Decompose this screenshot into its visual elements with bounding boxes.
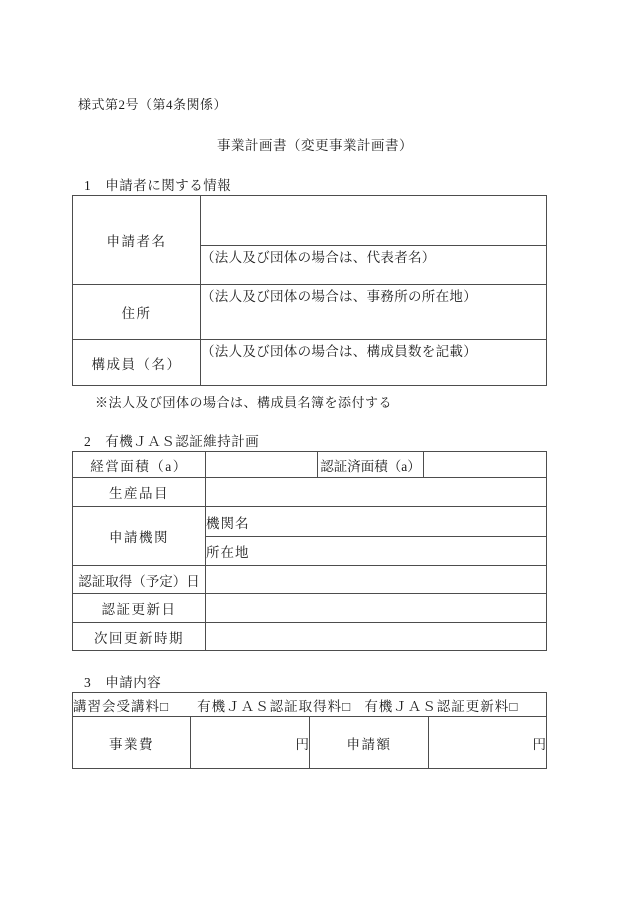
request-amount-label: 申請額 — [310, 717, 429, 769]
certification-body-label: 申請機関 — [73, 507, 206, 566]
members-label: 構成員（名） — [73, 340, 201, 386]
next-renewal-field[interactable] — [206, 623, 547, 651]
management-area-field[interactable] — [206, 452, 318, 478]
applicant-name-label: 申請者名 — [73, 196, 201, 285]
project-cost-label: 事業費 — [73, 717, 191, 769]
representative-name-field[interactable]: （法人及び団体の場合は、代表者名） — [201, 246, 547, 285]
attachment-note: ※法人及び団体の場合は、構成員名簿を添付する — [95, 392, 392, 411]
certification-date-label: 認証取得（予定）日 — [73, 566, 206, 594]
acquisition-fee-checkbox[interactable]: □ — [342, 699, 351, 714]
applicant-info-table: 申請者名 （法人及び団体の場合は、代表者名） 住所 （法人及び団体の場合は、事務… — [72, 195, 547, 386]
certification-body-location-field[interactable]: 所在地 — [206, 537, 547, 566]
management-area-label: 経営面積（a） — [73, 452, 206, 478]
next-renewal-label: 次回更新時期 — [73, 623, 206, 651]
acquisition-fee-label: 有機ＪＡＳ認証取得料 — [197, 699, 342, 714]
fee-options-row: 講習会受講料□有機ＪＡＳ認証取得料□有機ＪＡＳ認証更新料□ — [73, 693, 547, 717]
request-amount-unit: 円 — [533, 737, 547, 752]
project-cost-unit: 円 — [296, 737, 310, 752]
project-cost-field[interactable]: 円 — [191, 717, 310, 769]
fee-option-course: 講習会受講料□ — [73, 699, 169, 714]
renewal-date-label: 認証更新日 — [73, 594, 206, 623]
renewal-date-field[interactable] — [206, 594, 547, 623]
form-number: 様式第2号（第4条関係） — [78, 94, 227, 113]
fee-option-acquisition: 有機ＪＡＳ認証取得料□ — [197, 699, 351, 714]
renewal-fee-checkbox[interactable]: □ — [509, 699, 518, 714]
document-title: 事業計画書（変更事業計画書） — [0, 134, 630, 154]
fee-option-renewal: 有機ＪＡＳ認証更新料□ — [364, 699, 518, 714]
jas-certification-plan-table: 経営面積（a） 認証済面積（a） 生産品目 申請機関 機関名 所在地 認証取得（… — [72, 451, 547, 651]
renewal-fee-label: 有機ＪＡＳ認証更新料 — [364, 699, 509, 714]
certification-body-name-field[interactable]: 機関名 — [206, 507, 547, 537]
course-fee-label: 講習会受講料 — [73, 699, 160, 714]
section1-heading: 1 申請者に関する情報 — [84, 174, 231, 194]
members-field[interactable]: （法人及び団体の場合は、構成員数を記載） — [201, 340, 547, 386]
products-label: 生産品目 — [73, 478, 206, 507]
certified-area-field[interactable] — [424, 452, 547, 478]
certification-date-field[interactable] — [206, 566, 547, 594]
section3-heading: 3 申請内容 — [84, 671, 161, 691]
certified-area-label: 認証済面積（a） — [318, 452, 424, 478]
address-field[interactable]: （法人及び団体の場合は、事務所の所在地） — [201, 285, 547, 340]
request-amount-field[interactable]: 円 — [429, 717, 547, 769]
address-label: 住所 — [73, 285, 201, 340]
applicant-name-field[interactable] — [201, 196, 547, 246]
course-fee-checkbox[interactable]: □ — [160, 699, 169, 714]
products-field[interactable] — [206, 478, 547, 507]
section2-heading: 2 有機ＪＡＳ認証維持計画 — [84, 430, 259, 450]
application-details-table: 講習会受講料□有機ＪＡＳ認証取得料□有機ＪＡＳ認証更新料□ 事業費 円 申請額 … — [72, 692, 547, 769]
